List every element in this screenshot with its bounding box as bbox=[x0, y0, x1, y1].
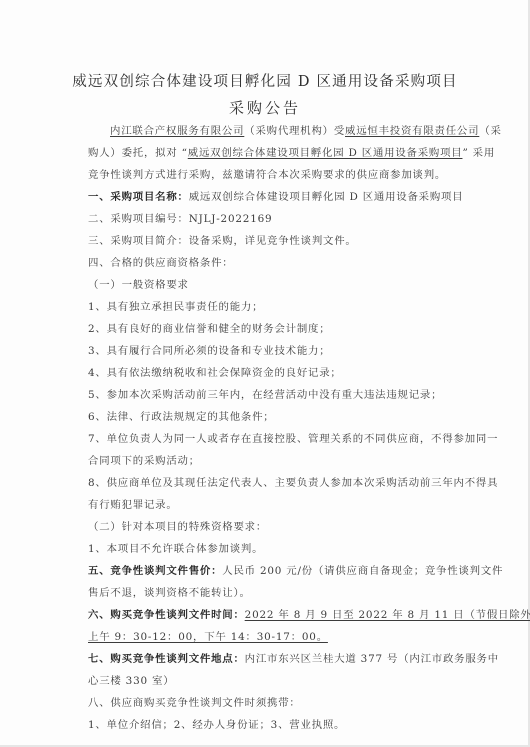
agency-name: 内江联合产权服务有限公司 bbox=[110, 125, 244, 137]
section-4-sub-1: （一）一般资格要求 bbox=[88, 278, 468, 292]
general-req-4: 4、具有依法缴纳税收和社会保障资金的良好记录； bbox=[88, 366, 468, 380]
section-1-label: 一、采购项目名称： bbox=[88, 191, 189, 203]
special-req-1: 1、本项目不允许联合体参加谈判。 bbox=[88, 542, 468, 556]
intro-line-1: 内江联合产权服务有限公司（采购代理机构）受威远恒丰投资有限责任公司（采 bbox=[110, 124, 490, 138]
project-name-quoted: 威远双创综合体建设项目孵化园 D 区通用设备采购项目 bbox=[188, 147, 463, 159]
section-8-items: 1、单位介绍信；2、经办人身份证；3、营业执照。 bbox=[88, 718, 468, 732]
agency-role: （采购代理机构）受 bbox=[244, 125, 345, 137]
general-req-8: 8、供应商单位及其现任法定代表人、主要负责人参加本次采购活动前三年内不得具 bbox=[88, 476, 468, 490]
section-5-value: 人民币 200 元/份（请供应商自备现金；竞争性谈判文件 bbox=[222, 565, 503, 577]
section-1-value: 威远双创综合体建设项目孵化园 D 区通用设备采购项目 bbox=[189, 191, 464, 203]
section-3: 三、采购项目简介：设备采购，详见竞争性谈判文件。 bbox=[88, 234, 468, 248]
section-4-label: 四、合格的供应商资格条件： bbox=[88, 256, 468, 270]
section-6: 六、购买竞争性谈判文件时间：2022 年 8 月 9 日至 2022 年 8 月… bbox=[88, 608, 468, 622]
section-2: 二、采购项目编号：NJLJ-2022169 bbox=[88, 212, 468, 226]
section-5-label: 五、竞争性谈判文件售价： bbox=[88, 565, 222, 577]
section-2-label: 二、采购项目编号： bbox=[88, 213, 189, 225]
section-7-cont: 心三楼 330 室） bbox=[88, 674, 468, 688]
section-7-label: 七、购买竞争性谈判文件地点： bbox=[88, 653, 245, 665]
section-8-label: 八、供应商购买竞争性谈判文件时须携带： bbox=[88, 696, 468, 710]
intro-line-2: 购人）委托，拟对 “威远双创综合体建设项目孵化园 D 区通用设备采购项目” 采用 bbox=[88, 146, 468, 160]
general-req-1: 1、具有独立承担民事责任的能力； bbox=[88, 300, 468, 314]
section-3-value: 设备采购，详见竞争性谈判文件。 bbox=[189, 235, 357, 247]
purchaser-name: 威远恒丰投资有限责任公司 bbox=[345, 125, 479, 137]
section-7: 七、购买竞争性谈判文件地点：内江市东兴区兰桂大道 377 号（内江市政务服务中 bbox=[88, 652, 468, 666]
purchaser-role-cont: 购人）委托，拟对 “ bbox=[88, 147, 188, 159]
document-page: 威远双创综合体建设项目孵化园 D 区通用设备采购项目 采购公告 内江联合产权服务… bbox=[0, 0, 530, 747]
general-req-7: 7、单位负责人为同一人或者存在直接控股、管理关系的不同供应商，不得参加同一 bbox=[88, 432, 468, 446]
general-req-8-cont: 有行贿犯罪记录。 bbox=[88, 498, 468, 512]
general-req-2: 2、具有良好的商业信誉和健全的财务会计制度； bbox=[88, 322, 468, 336]
intro-after-project: ” 采用 bbox=[462, 147, 495, 159]
document-subtitle: 采购公告 bbox=[0, 97, 530, 118]
section-3-label: 三、采购项目简介： bbox=[88, 235, 189, 247]
section-6-label: 六、购买竞争性谈判文件时间： bbox=[88, 609, 245, 621]
general-req-7-cont: 合同项下的采购活动； bbox=[88, 454, 468, 468]
section-6-value: 2022 年 8 月 9 日至 2022 年 8 月 11 日（节假日除外）， bbox=[245, 609, 530, 621]
general-req-3: 3、具有履行合同所必须的设备和专业技术能力； bbox=[88, 344, 468, 358]
section-7-value: 内江市东兴区兰桂大道 377 号（内江市政务服务中 bbox=[245, 653, 499, 665]
section-4-sub-2: （二）针对本项目的特殊资格要求： bbox=[88, 520, 468, 534]
document-title: 威远双创综合体建设项目孵化园 D 区通用设备采购项目 bbox=[0, 70, 530, 91]
general-req-6: 6、法律、行政法规规定的其他条件； bbox=[88, 410, 468, 424]
intro-line-3: 竞争性谈判方式进行采购，兹邀请符合本次采购要求的供应商参加谈判。 bbox=[88, 168, 468, 182]
section-6-hours: 上午 9：30-12：00，下午 14：30-17：00。 bbox=[88, 631, 328, 643]
section-5: 五、竞争性谈判文件售价：人民币 200 元/份（请供应商自备现金；竞争性谈判文件 bbox=[88, 564, 468, 578]
section-5-cont: 售后不退，谈判资格不能转让）。 bbox=[88, 586, 468, 600]
section-1: 一、采购项目名称：威远双创综合体建设项目孵化园 D 区通用设备采购项目 bbox=[88, 190, 468, 204]
general-req-5: 5、参加本次采购活动前三年内，在经营活动中没有重大违法违规记录； bbox=[88, 388, 468, 402]
section-2-value: NJLJ-2022169 bbox=[189, 213, 273, 225]
purchaser-role: （采 bbox=[479, 125, 501, 137]
section-6-cont: 上午 9：30-12：00，下午 14：30-17：00。 bbox=[88, 630, 468, 644]
